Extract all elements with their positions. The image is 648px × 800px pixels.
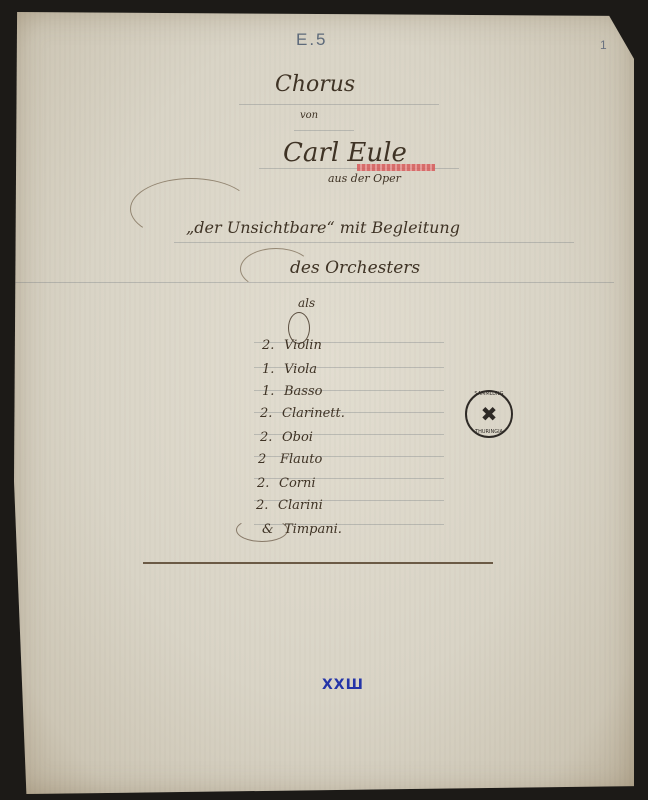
stamp-text-bottom: THURINGIA [467, 429, 511, 435]
library-stamp: SAMMLUNG ✖ THURINGIA [465, 390, 513, 438]
opera-intro: aus der Oper [328, 172, 401, 185]
blue-stamp: ХХШ [322, 677, 364, 693]
instrument-line: 2.Violin [262, 338, 322, 353]
flourish [236, 518, 288, 542]
instrument-line: 2.Clarini [256, 498, 323, 513]
instrument-line: 1.Viola [262, 362, 317, 377]
als-label: als [298, 296, 315, 310]
red-stamp [357, 164, 435, 171]
ruled-line [294, 130, 354, 131]
instrument-line: 2.Clarinett. [260, 406, 345, 421]
orchestra-line: des Orchesters [290, 258, 420, 278]
preposition-von: von [300, 110, 318, 121]
horizontal-rule [143, 562, 493, 564]
folio-number: 1 [600, 38, 607, 52]
ruled-line [239, 104, 439, 105]
ruled-line [174, 242, 574, 243]
work-title: Chorus [275, 72, 355, 97]
crossed-keys-icon: ✖ [481, 402, 498, 426]
instrument-line: 2.Oboi [260, 430, 313, 445]
instrument-line: 2.Corni [257, 476, 316, 491]
stamp-text-top: SAMMLUNG [467, 391, 511, 397]
opera-title: „der Unsichtbare“ mit Begleitung [186, 218, 460, 237]
ruled-line [14, 282, 614, 283]
instrument-line: 1.Basso [262, 384, 322, 399]
instrument-line: 2Flauto [258, 452, 322, 467]
shelfmark: E.5 [296, 30, 328, 50]
